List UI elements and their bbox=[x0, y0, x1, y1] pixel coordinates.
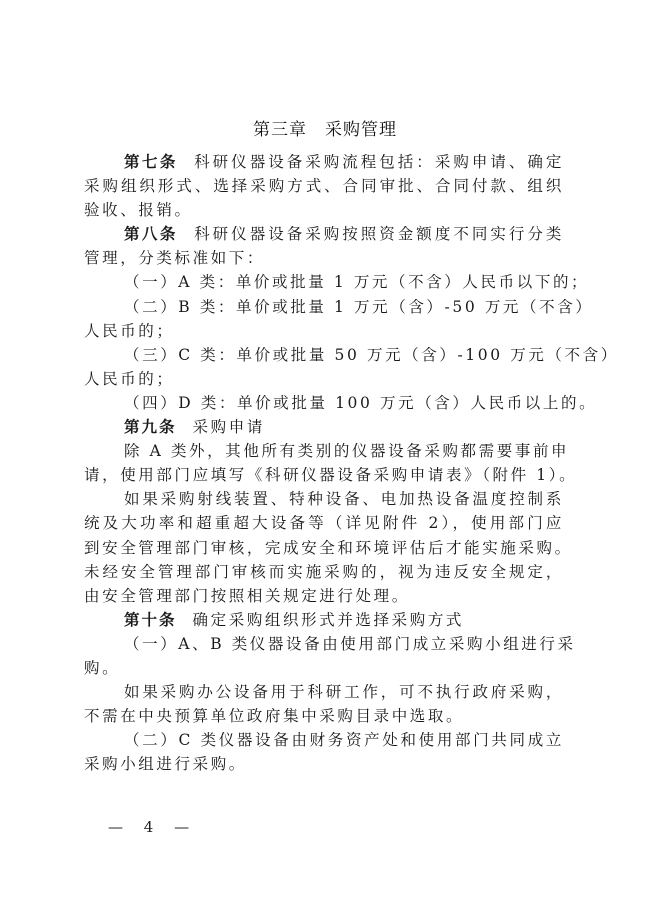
line-text: （一）A 类：单价或批量 1 万元（不含）人民币以下的； bbox=[124, 273, 589, 291]
paragraph-line: 购。 bbox=[84, 656, 564, 680]
document-body: 第七条科研仪器设备采购流程包括：采购申请、确定采购组织形式、选择采购方式、合同审… bbox=[84, 150, 564, 776]
line-text: 确定采购组织形式并选择采购方式 bbox=[193, 611, 465, 629]
paragraph-line: 统及大功率和超重超大设备等（详见附件 2），使用部门应 bbox=[84, 511, 564, 535]
paragraph-line: 管理，分类标准如下： bbox=[84, 246, 564, 270]
paragraph-line: （一）A 类：单价或批量 1 万元（不含）人民币以下的； bbox=[84, 270, 564, 294]
line-text: 除 A 类外，其他所有类别的仪器设备采购都需要事前申 bbox=[124, 442, 569, 460]
line-text: （四）D 类：单价或批量 100 万元（含）人民币以上的。 bbox=[124, 394, 597, 412]
paragraph-line: （四）D 类：单价或批量 100 万元（含）人民币以上的。 bbox=[84, 391, 564, 415]
line-text: 人民币的； bbox=[84, 370, 175, 388]
line-text: （三）C 类：单价或批量 50 万元（含）-100 万元（不含） bbox=[124, 346, 619, 364]
paragraph-line: 如果采购办公设备用于科研工作，可不执行政府采购， bbox=[84, 680, 564, 704]
line-text: 验收、报销。 bbox=[84, 201, 193, 219]
article-number: 第九条 bbox=[124, 418, 177, 436]
paragraph-line: 到安全管理部门审核，完成安全和环境评估后才能实施采购。 bbox=[84, 536, 564, 560]
paragraph-line: 采购小组进行采购。 bbox=[84, 752, 564, 776]
line-text: 管理，分类标准如下： bbox=[84, 249, 265, 267]
line-text: 如果采购射线装置、特种设备、电加热设备温度控制系 bbox=[124, 490, 564, 508]
line-text: （一）A、B 类仪器设备由使用部门成立采购小组进行采 bbox=[124, 635, 576, 653]
article-heading-line: 第七条科研仪器设备采购流程包括：采购申请、确定 bbox=[84, 150, 564, 174]
paragraph-line: 如果采购射线装置、特种设备、电加热设备温度控制系 bbox=[84, 487, 564, 511]
line-text: （二）B 类：单价或批量 1 万元（含）-50 万元（不含） bbox=[124, 298, 593, 316]
chapter-title: 第三章采购管理 bbox=[0, 115, 650, 140]
line-text: 人民币的； bbox=[84, 322, 175, 340]
line-text: 科研仪器设备采购按照资金额度不同实行分类 bbox=[194, 225, 564, 243]
paragraph-line: 验收、报销。 bbox=[84, 198, 564, 222]
page-number: — 4 — bbox=[108, 818, 197, 836]
line-text: 请，使用部门应填写《科研仪器设备采购申请表》（附件 1）。 bbox=[84, 466, 577, 484]
line-text: 科研仪器设备采购流程包括：采购申请、确定 bbox=[194, 153, 564, 171]
paragraph-line: 未经安全管理部门审核而实施采购的，视为违反安全规定， bbox=[84, 560, 564, 584]
paragraph-line: （一）A、B 类仪器设备由使用部门成立采购小组进行采 bbox=[84, 632, 564, 656]
article-heading-line: 第九条采购申请 bbox=[84, 415, 564, 439]
paragraph-line: 请，使用部门应填写《科研仪器设备采购申请表》（附件 1）。 bbox=[84, 463, 564, 487]
document-page: 第三章采购管理 第七条科研仪器设备采购流程包括：采购申请、确定采购组织形式、选择… bbox=[0, 0, 650, 919]
article-number: 第八条 bbox=[124, 225, 178, 243]
chapter-number: 第三章 bbox=[253, 120, 307, 140]
paragraph-line: 不需在中央预算单位政府集中采购目录中选取。 bbox=[84, 704, 564, 728]
paragraph-line: 除 A 类外，其他所有类别的仪器设备采购都需要事前申 bbox=[84, 439, 564, 463]
paragraph-line: （二）C 类仪器设备由财务资产处和使用部门共同成立 bbox=[84, 728, 564, 752]
line-text: 由安全管理部门按照相关规定进行处理。 bbox=[84, 587, 410, 605]
paragraph-line: （三）C 类：单价或批量 50 万元（含）-100 万元（不含） bbox=[84, 343, 564, 367]
article-heading-line: 第十条确定采购组织形式并选择采购方式 bbox=[84, 608, 564, 632]
line-text: 如果采购办公设备用于科研工作，可不执行政府采购， bbox=[124, 683, 564, 701]
line-text: （二）C 类仪器设备由财务资产处和使用部门共同成立 bbox=[124, 731, 564, 749]
chapter-name: 采购管理 bbox=[325, 120, 397, 140]
line-text: 到安全管理部门审核，完成安全和环境评估后才能实施采购。 bbox=[84, 539, 573, 557]
line-text: 统及大功率和超重超大设备等（详见附件 2），使用部门应 bbox=[84, 514, 564, 532]
article-heading-line: 第八条科研仪器设备采购按照资金额度不同实行分类 bbox=[84, 222, 564, 246]
paragraph-line: 由安全管理部门按照相关规定进行处理。 bbox=[84, 584, 564, 608]
line-text: 购。 bbox=[84, 659, 120, 677]
article-number: 第七条 bbox=[124, 153, 178, 171]
paragraph-line: （二）B 类：单价或批量 1 万元（含）-50 万元（不含） bbox=[84, 295, 564, 319]
paragraph-line: 人民币的； bbox=[84, 367, 564, 391]
article-number: 第十条 bbox=[124, 611, 177, 629]
paragraph-line: 采购组织形式、选择采购方式、合同审批、合同付款、组织 bbox=[84, 174, 564, 198]
line-text: 采购申请 bbox=[193, 418, 265, 436]
line-text: 不需在中央预算单位政府集中采购目录中选取。 bbox=[84, 707, 464, 725]
line-text: 采购小组进行采购。 bbox=[84, 755, 247, 773]
line-text: 未经安全管理部门审核而实施采购的，视为违反安全规定， bbox=[84, 563, 564, 581]
line-text: 采购组织形式、选择采购方式、合同审批、合同付款、组织 bbox=[84, 177, 564, 195]
paragraph-line: 人民币的； bbox=[84, 319, 564, 343]
